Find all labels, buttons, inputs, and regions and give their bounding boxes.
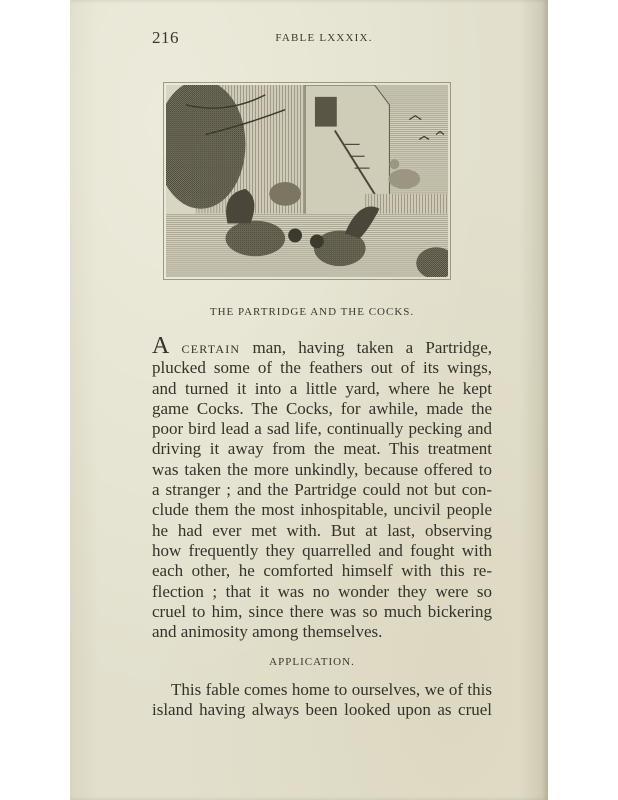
text-line: each other, he comforted himself with th…	[152, 561, 492, 581]
text-line: and animosity among themselves.	[152, 622, 492, 642]
text-line: how frequently they quarrelled and fough…	[152, 541, 492, 561]
text-line: poor bird lead a sad life, continually p…	[152, 419, 492, 439]
fable-title: THE PARTRIDGE AND THE COCKS.	[70, 306, 548, 318]
text-line: A certain man, having taken a Partridge,	[152, 336, 492, 358]
running-head: FABLE LXXXIX.	[70, 32, 548, 44]
text-line: This fable comes home to ourselves, we o…	[152, 680, 492, 700]
text-line: was taken the more unkindly, because off…	[152, 460, 492, 480]
text-line: and turned it into a little yard, where …	[152, 379, 492, 399]
text-line: a stranger ; and the Partridge could not…	[152, 480, 492, 500]
text-line: island having always been looked upon as…	[152, 700, 492, 720]
page-header: 216 FABLE LXXXIX.	[70, 28, 548, 52]
fable-illustration	[163, 82, 451, 280]
drop-cap: A	[152, 333, 169, 359]
text-line: game Cocks. The Cocks, for awhile, made …	[152, 399, 492, 419]
fable-body: A certain man, having taken a Partridge,…	[152, 336, 492, 642]
engraving-image	[166, 85, 448, 277]
text-line: flection ; that it was no wonder they we…	[152, 582, 492, 602]
text-line: driving it away from the meat. This trea…	[152, 439, 492, 459]
small-caps-word: certain	[182, 338, 241, 357]
text-line: he had ever met with. But at last, obser…	[152, 521, 492, 541]
text-line: plucked some of the feathers out of its …	[152, 358, 492, 378]
book-page: 216 FABLE LXXXIX.	[70, 0, 548, 800]
application-heading: APPLICATION.	[70, 656, 548, 668]
application-body: This fable comes home to ourselves, we o…	[152, 680, 492, 721]
text-line: clude them the most inhospitable, uncivi…	[152, 500, 492, 520]
text-line: cruel to him, since there was so much bi…	[152, 602, 492, 622]
